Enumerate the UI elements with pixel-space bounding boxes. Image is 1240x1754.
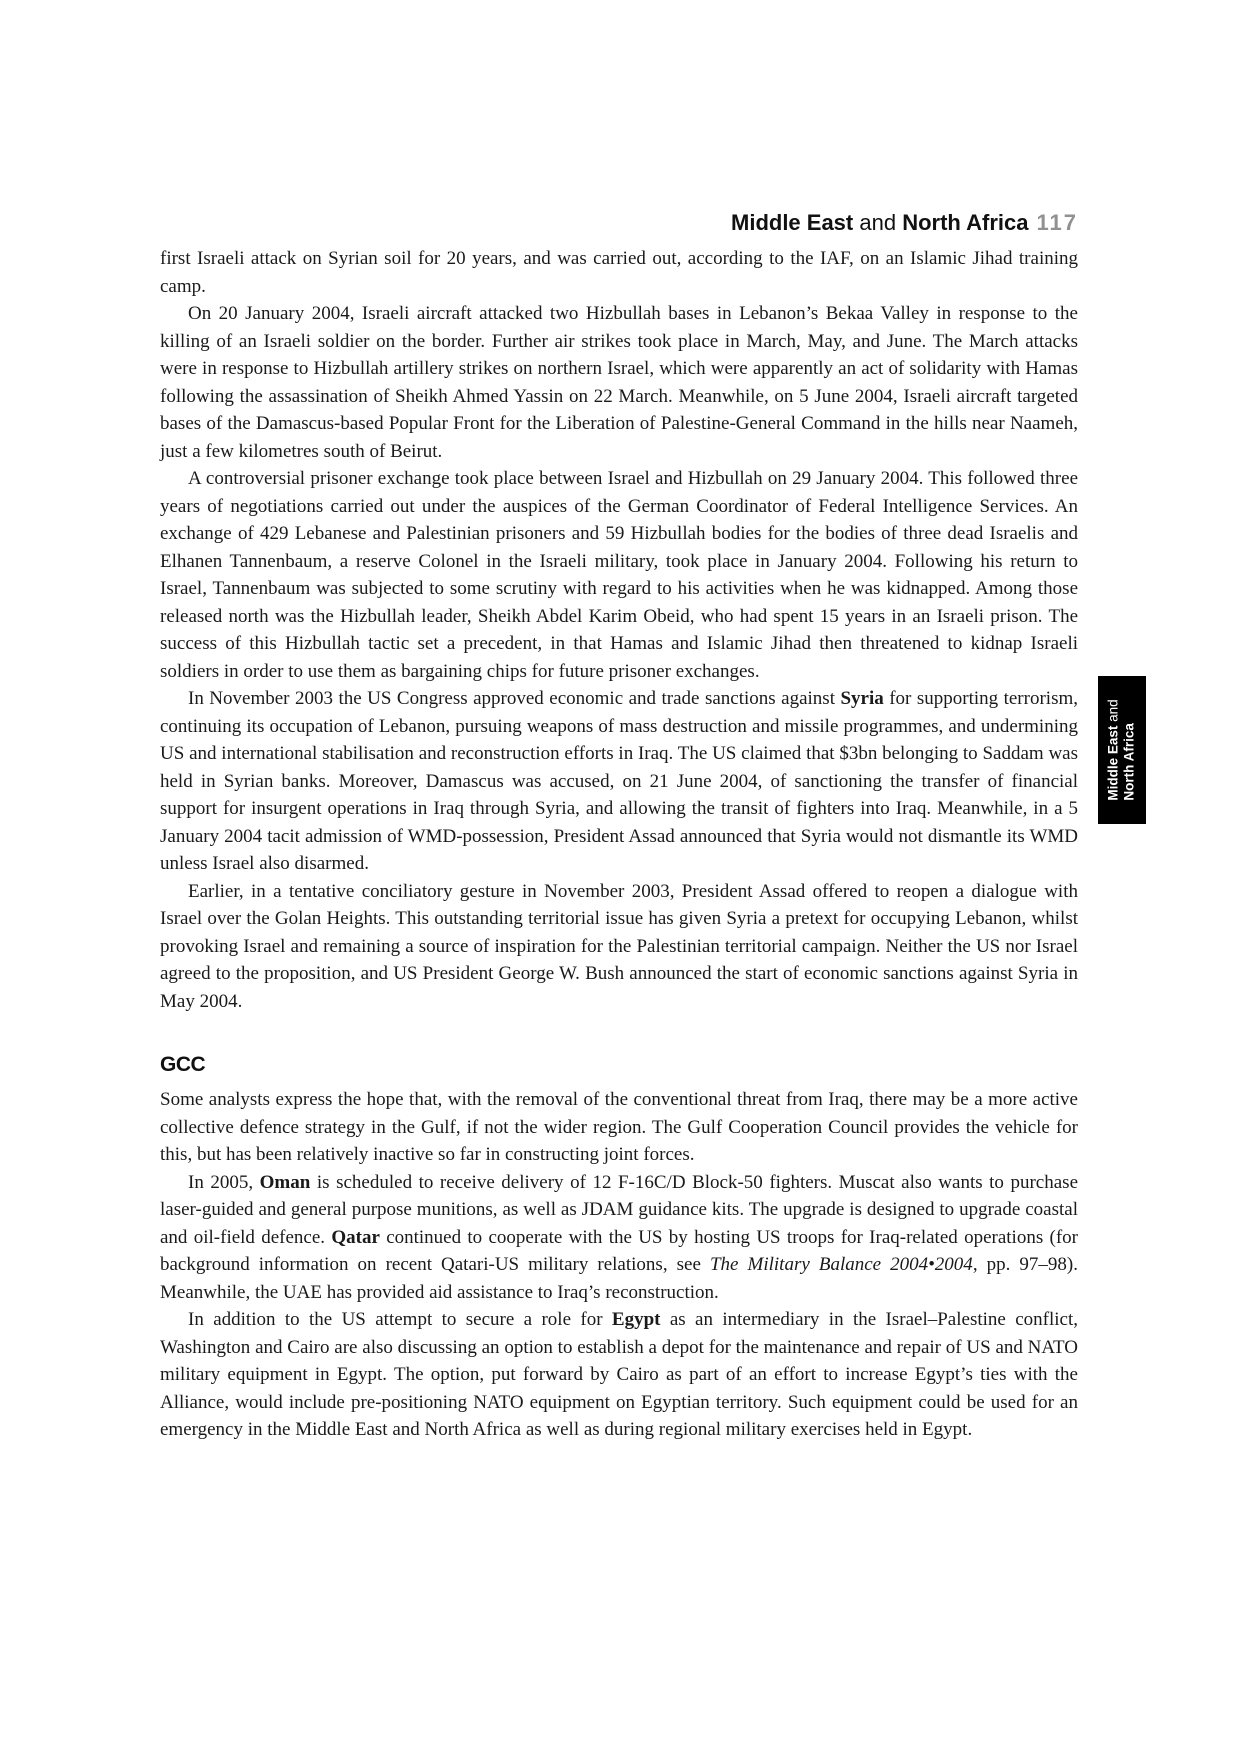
paragraph: In 2005, Oman is scheduled to receive de… xyxy=(160,1169,1078,1307)
text-run: On 20 January 2004, Israeli aircraft att… xyxy=(160,303,1078,462)
paragraph: A controversial prisoner exchange took p… xyxy=(160,465,1078,685)
running-header-conjunction: and xyxy=(853,210,902,235)
paragraph: In addition to the US attempt to secure … xyxy=(160,1306,1078,1444)
text-run: In November 2003 the US Congress approve… xyxy=(188,688,840,709)
text-run: Earlier, in a tentative conciliatory ges… xyxy=(160,881,1078,1012)
tab-label-line-1: Middle East and xyxy=(1106,699,1122,800)
emphasized-country: Syria xyxy=(840,688,883,709)
paragraph: first Israeli attack on Syrian soil for … xyxy=(160,245,1078,300)
section-thumb-tab-label: Middle East and North Africa xyxy=(1106,699,1138,800)
text-run: In addition to the US attempt to secure … xyxy=(188,1309,612,1330)
running-header: Middle East and North Africa117 xyxy=(160,210,1078,236)
text-run: In 2005, xyxy=(188,1172,260,1193)
emphasized-country: Qatar xyxy=(331,1227,380,1248)
text-run: Some analysts express the hope that, wit… xyxy=(160,1089,1078,1165)
running-header-region-1: Middle East xyxy=(731,210,853,235)
running-header-region-2: North Africa xyxy=(902,210,1028,235)
body-column: first Israeli attack on Syrian soil for … xyxy=(160,245,1078,1444)
text-run: A controversial prisoner exchange took p… xyxy=(160,468,1078,682)
emphasized-country: Egypt xyxy=(612,1309,661,1330)
paragraph: Earlier, in a tentative conciliatory ges… xyxy=(160,878,1078,1016)
emphasized-country: Oman xyxy=(260,1172,311,1193)
book-title: The Military Balance 2004•2004 xyxy=(710,1254,973,1275)
section-thumb-tab: Middle East and North Africa xyxy=(1098,676,1146,824)
page-number: 117 xyxy=(1037,210,1079,235)
text-run: first Israeli attack on Syrian soil for … xyxy=(160,248,1078,297)
paragraph: In November 2003 the US Congress approve… xyxy=(160,685,1078,878)
paragraph: On 20 January 2004, Israeli aircraft att… xyxy=(160,300,1078,465)
tab-label-line-2: North Africa xyxy=(1122,699,1138,800)
paragraph: Some analysts express the hope that, wit… xyxy=(160,1086,1078,1169)
section-heading: GCC xyxy=(160,1053,1078,1077)
document-page: Middle East and North Africa117 first Is… xyxy=(0,0,1240,1754)
text-run: for supporting terrorism, continuing its… xyxy=(160,688,1078,874)
